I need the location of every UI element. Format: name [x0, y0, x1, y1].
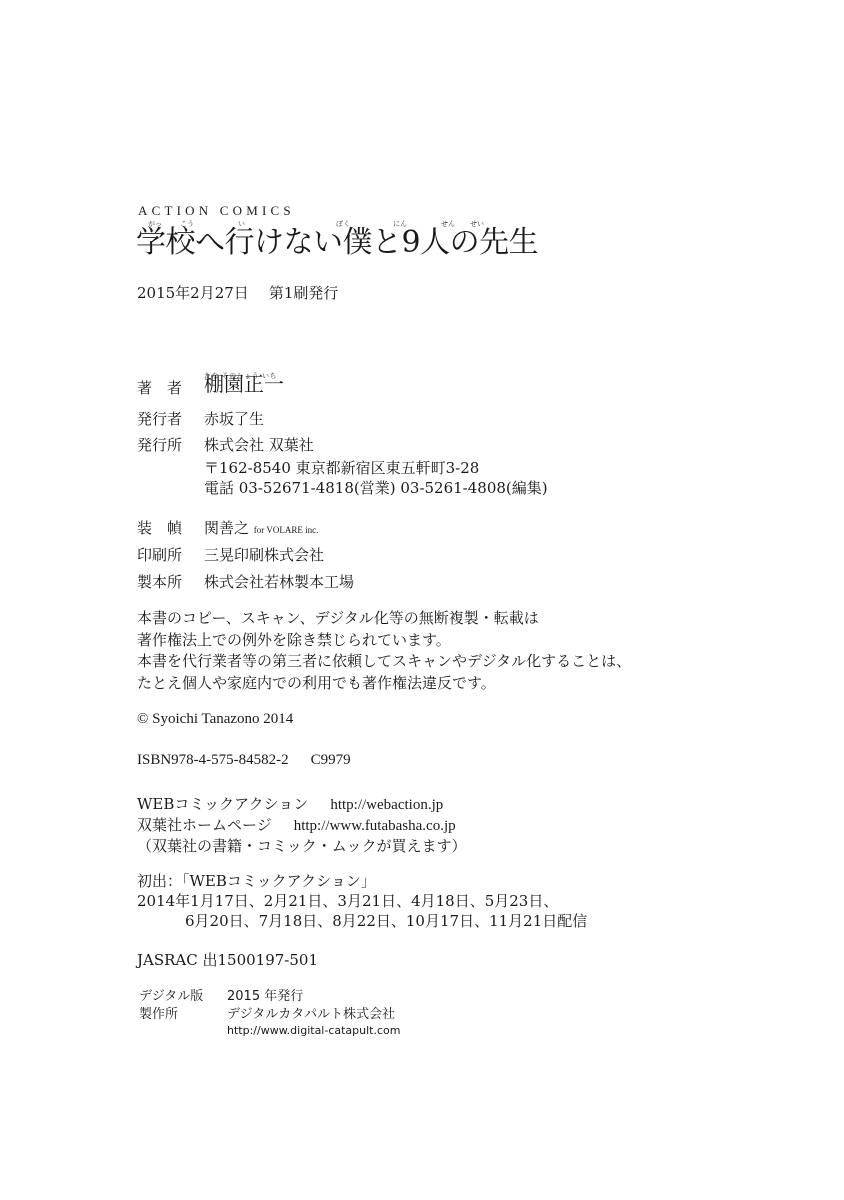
links-block: WEBコミックアクションhttp://webaction.jp 双葉社ホームペー…: [137, 794, 467, 856]
credit-value: 赤坂了生: [204, 409, 264, 429]
credit-value: 株式会社 双葉社: [204, 435, 314, 455]
first-publication: 初出：「WEBコミックアクション」 2014年1月17日、2月21日、3月21日…: [137, 871, 587, 931]
phone: 電話 03-52671-4818(営業) 03-5261-4808(編集): [204, 478, 548, 498]
homepage-url[interactable]: http://www.futabasha.co.jp: [294, 818, 456, 834]
copyright-notice: 本書のコピー、スキャン、デジタル化等の無断複製・転載は 著作権法上での例外を除き…: [137, 608, 631, 694]
notice-line: たとえ個人や家庭内での利用でも著作権法違反です。: [137, 673, 631, 695]
first-pub-dates: 6月20日、7月18日、8月22日、10月17日、11月21日配信: [185, 912, 587, 930]
web-comic-line: WEBコミックアクションhttp://webaction.jp: [137, 794, 467, 815]
address: 〒162-8540 東京都新宿区東五軒町3-28: [204, 458, 479, 478]
producer-label: 製作所: [139, 1006, 227, 1024]
digital-edition-line: デジタル版2015 年発行: [139, 988, 401, 1006]
jasrac: JASRAC 出1500197-501: [137, 949, 318, 970]
c-code: C9979: [311, 752, 351, 768]
series-label: ACTION COMICS: [138, 203, 295, 219]
credit-label: 著 者: [137, 378, 192, 398]
isbn-line: ISBN978-4-575-84582-2C9979: [137, 752, 351, 769]
copyright: © Syoichi Tanazono 2014: [137, 711, 293, 728]
credit-label: 印刷所: [137, 545, 192, 565]
design-note: for VOLARE inc.: [254, 525, 319, 535]
producer-line: 製作所デジタルカタパルト株式会社: [139, 1006, 401, 1024]
isbn: ISBN978-4-575-84582-2: [137, 752, 289, 768]
digital-edition-block: デジタル版2015 年発行 製作所デジタルカタパルト株式会社 http://ww…: [139, 988, 401, 1038]
author-name: 棚園正一: [204, 374, 284, 394]
credit-label: 発行所: [137, 435, 192, 455]
producer-value: デジタルカタパルト株式会社: [227, 1007, 395, 1022]
first-pub-line: 初出：「WEBコミックアクション」: [137, 871, 587, 891]
homepage-note: （双葉社の書籍・コミック・ムックが買えます）: [137, 836, 467, 856]
publication-date-line: 2015年2月27日第1刷発行: [137, 283, 338, 303]
credit-label: 発行者: [137, 409, 192, 429]
edition: 第1刷発行: [269, 284, 339, 302]
digital-edition-value: 2015 年発行: [227, 989, 303, 1004]
credit-value: 株式会社若林製本工場: [204, 572, 354, 592]
first-pub-line-indented: 6月20日、7月18日、8月22日、10月17日、11月21日配信: [137, 911, 587, 931]
credit-value: 三晃印刷株式会社: [204, 545, 324, 565]
credit-label: 装 幀: [137, 518, 192, 538]
notice-line: 本書のコピー、スキャン、デジタル化等の無断複製・転載は: [137, 608, 631, 630]
web-comic-label: WEBコミックアクション: [137, 795, 308, 813]
homepage-label: 双葉社ホームページ: [137, 816, 272, 834]
credit-label: 製本所: [137, 572, 192, 592]
digital-edition-label: デジタル版: [139, 988, 227, 1006]
credit-value: 関善之 for VOLARE inc.: [204, 518, 318, 540]
publication-date: 2015年2月27日: [137, 284, 249, 302]
homepage-line: 双葉社ホームページhttp://www.futabasha.co.jp: [137, 815, 467, 836]
web-comic-url[interactable]: http://webaction.jp: [330, 797, 443, 813]
notice-line: 著作権法上での例外を除き禁じられています。: [137, 630, 631, 652]
designer: 関善之: [204, 519, 249, 537]
notice-line: 本書を代行業者等の第三者に依頼してスキャンやデジタル化することは、: [137, 651, 631, 673]
first-pub-line: 2014年1月17日、2月21日、3月21日、4月18日、5月23日、: [137, 891, 587, 911]
book-title: 学校へ行けない僕と9人の先生: [136, 226, 538, 260]
producer-url[interactable]: http://www.digital-catapult.com: [139, 1024, 401, 1038]
